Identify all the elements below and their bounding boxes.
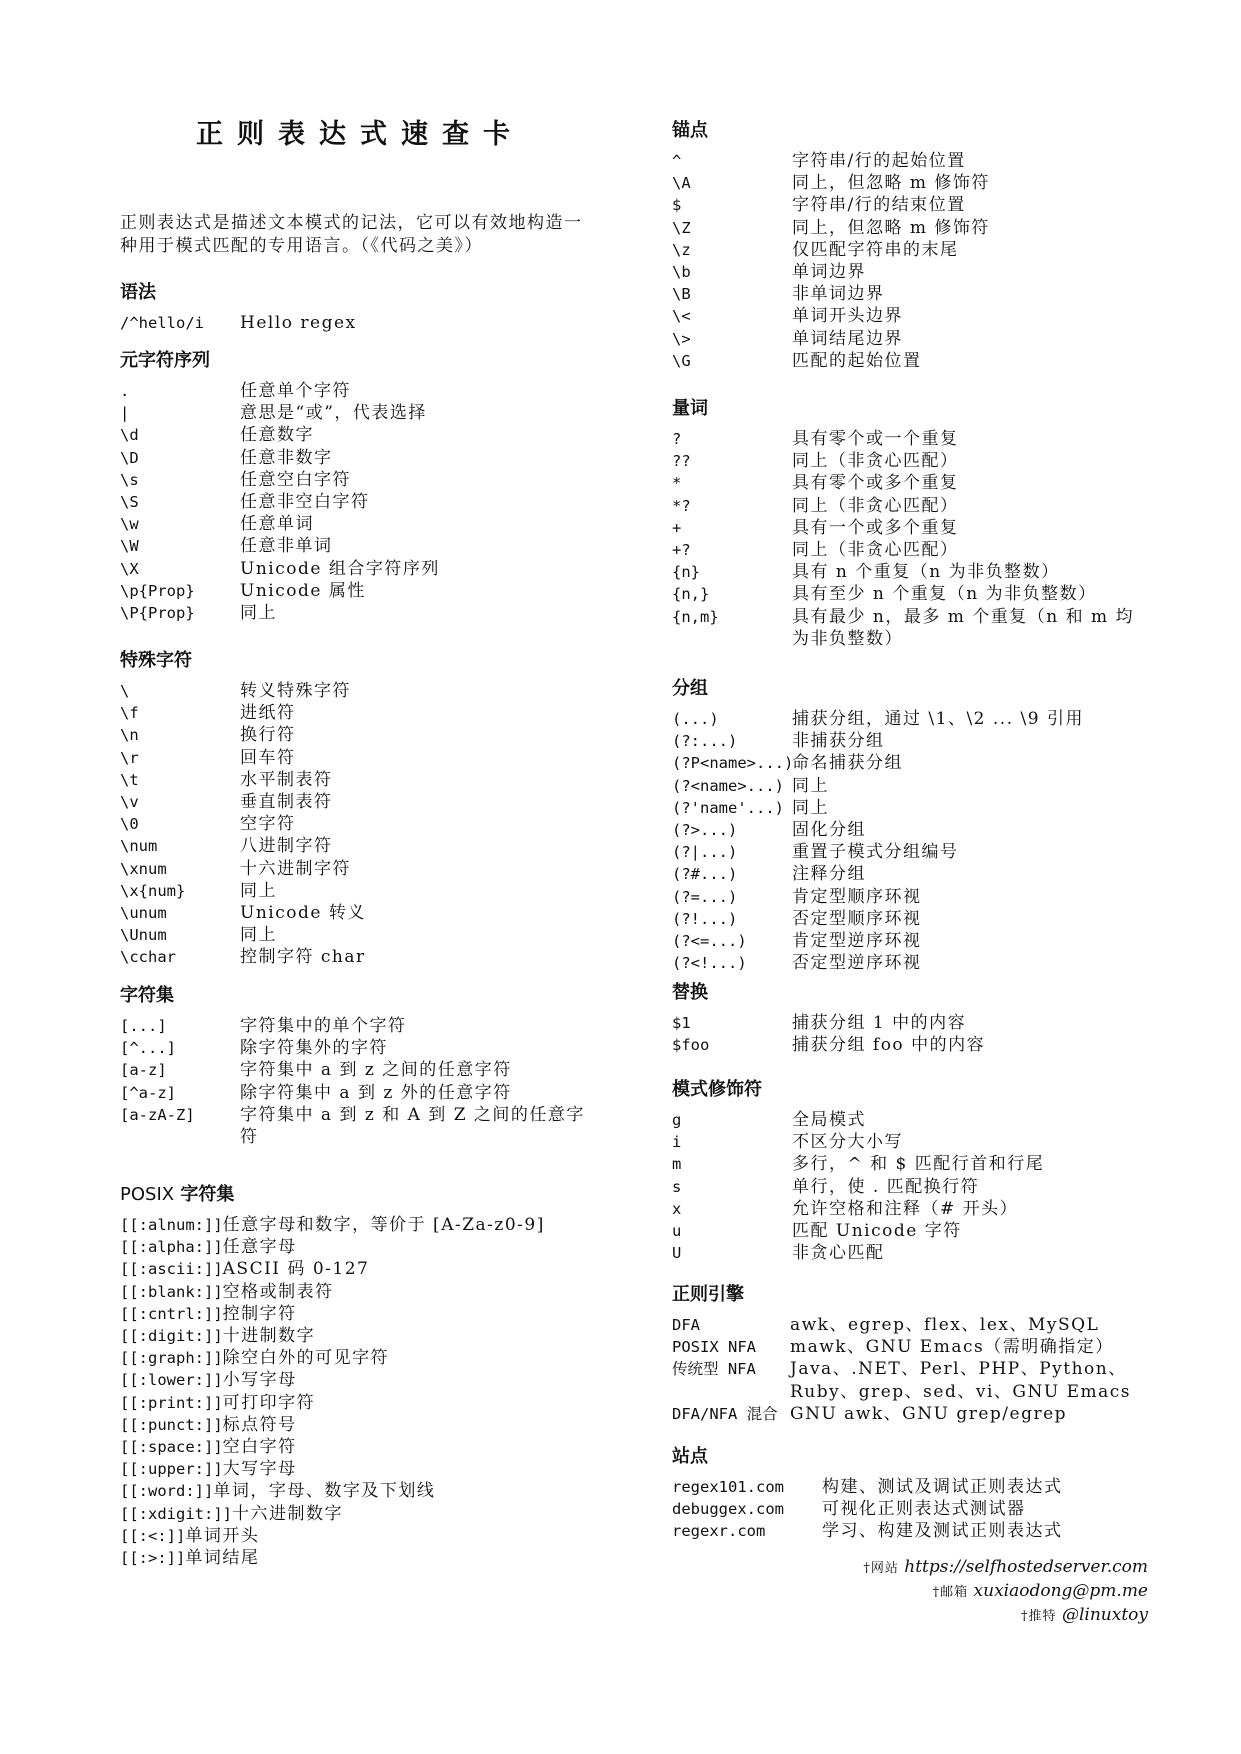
description: 不区分大小写 bbox=[792, 1131, 1152, 1153]
pattern: ? bbox=[672, 428, 792, 450]
description: 除字符集外的字符 bbox=[240, 1037, 590, 1059]
entry-row: (?|...)重置子模式分组编号 bbox=[672, 841, 1152, 863]
entry-row: [[:digit:]]十进制数字 bbox=[120, 1325, 610, 1347]
entry-row: [a-zA-Z]字符集中 a 到 z 和 A 到 Z 之间的任意字符 bbox=[120, 1104, 590, 1148]
pattern: +? bbox=[672, 539, 792, 561]
section-heading: 语法 bbox=[120, 280, 590, 306]
description: 具有零个或一个重复 bbox=[792, 428, 1152, 450]
pattern: [[:xdigit:]] bbox=[120, 1503, 232, 1525]
pattern: [...] bbox=[120, 1015, 240, 1037]
entry-row: {n,}具有至少 n 个重复（n 为非负整数） bbox=[672, 583, 1152, 605]
entry-row: \z仅匹配字符串的末尾 bbox=[672, 239, 1152, 261]
description: 同上，但忽略 m 修饰符 bbox=[792, 217, 1152, 239]
pattern: [[:ascii:]] bbox=[120, 1258, 223, 1280]
pattern: [a-zA-Z] bbox=[120, 1104, 240, 1148]
description: Hello regex bbox=[240, 312, 590, 334]
description: 同上 bbox=[792, 775, 1152, 797]
section-posix: POSIX 字符集[[:alnum:]]任意字母和数字，等价于 [A-Za-z0… bbox=[120, 1182, 610, 1569]
entry-row: (?=...)肯定型顺序环视 bbox=[672, 886, 1152, 908]
entry-row: \Z同上，但忽略 m 修饰符 bbox=[672, 217, 1152, 239]
entry-row: s单行，使 . 匹配换行符 bbox=[672, 1176, 1152, 1198]
entry-row: DFAawk、egrep、flex、lex、MySQL bbox=[672, 1314, 1162, 1336]
entry-row: \>单词结尾边界 bbox=[672, 328, 1152, 350]
description: 非单词边界 bbox=[792, 283, 1152, 305]
pattern: $foo bbox=[672, 1034, 792, 1056]
description: 除空白外的可见字符 bbox=[223, 1347, 610, 1369]
pattern: | bbox=[120, 402, 240, 424]
entry-row: [[:space:]]空白字符 bbox=[120, 1436, 610, 1458]
description: 单词结尾边界 bbox=[792, 328, 1152, 350]
section-anchors: 锚点^字符串/行的起始位置\A同上，但忽略 m 修饰符$字符串/行的结束位置\Z… bbox=[672, 118, 1152, 372]
pattern: \unum bbox=[120, 902, 240, 924]
description: 肯定型逆序环视 bbox=[792, 930, 1152, 952]
description: 字符串/行的结束位置 bbox=[792, 194, 1152, 216]
pattern: {n,} bbox=[672, 583, 792, 605]
section-heading: 模式修饰符 bbox=[672, 1077, 1152, 1103]
pattern: \w bbox=[120, 513, 240, 535]
entry-row: |意思是“或”，代表选择 bbox=[120, 402, 590, 424]
description: 注释分组 bbox=[792, 863, 1152, 885]
pattern: \s bbox=[120, 469, 240, 491]
entry-row: \unumUnicode 转义 bbox=[120, 902, 590, 924]
entry-row: (?#...)注释分组 bbox=[672, 863, 1152, 885]
pattern: [[:>:]] bbox=[120, 1547, 185, 1569]
pattern: \ bbox=[120, 680, 240, 702]
entry-row: \d任意数字 bbox=[120, 424, 590, 446]
entry-row: (?>...)固化分组 bbox=[672, 819, 1152, 841]
entry-row: \G匹配的起始位置 bbox=[672, 350, 1152, 372]
entry-row: ??同上（非贪心匹配） bbox=[672, 450, 1152, 472]
description: 可打印字符 bbox=[223, 1392, 610, 1414]
description: 仅匹配字符串的末尾 bbox=[792, 239, 1152, 261]
pattern: \t bbox=[120, 769, 240, 791]
entry-row: \t水平制表符 bbox=[120, 769, 590, 791]
entry-row: [[:lower:]]小写字母 bbox=[120, 1369, 610, 1391]
pattern: + bbox=[672, 517, 792, 539]
pattern: $ bbox=[672, 194, 792, 216]
email-link[interactable]: xuxiaodong@pm.me bbox=[974, 1581, 1148, 1601]
section-modifiers: 模式修饰符g全局模式i不区分大小写m多行，^ 和 $ 匹配行首和行尾s单行，使 … bbox=[672, 1077, 1152, 1264]
description: 命名捕获分组 bbox=[792, 752, 1152, 774]
entry-row: \<单词开头边界 bbox=[672, 305, 1152, 327]
section-heading: 量词 bbox=[672, 396, 1152, 422]
pattern: \Z bbox=[672, 217, 792, 239]
section-replace: 替换$1捕获分组 1 中的内容$foo捕获分组 foo 中的内容 bbox=[672, 980, 1152, 1056]
description: 字符集中的单个字符 bbox=[240, 1015, 590, 1037]
entry-row: m多行，^ 和 $ 匹配行首和行尾 bbox=[672, 1153, 1152, 1175]
description: 学习、构建及测试正则表达式 bbox=[822, 1520, 1162, 1542]
description: 水平制表符 bbox=[240, 769, 590, 791]
pattern: \P{Prop} bbox=[120, 602, 240, 624]
entry-row: \num八进制字符 bbox=[120, 835, 590, 857]
entry-row: +?同上（非贪心匹配） bbox=[672, 539, 1152, 561]
pattern: ?? bbox=[672, 450, 792, 472]
pattern: [[:cntrl:]] bbox=[120, 1303, 223, 1325]
pattern: \b bbox=[672, 261, 792, 283]
description: 进纸符 bbox=[240, 702, 590, 724]
section-heading: 正则引擎 bbox=[672, 1282, 1162, 1308]
pattern: DFA bbox=[672, 1314, 790, 1336]
description: awk、egrep、flex、lex、MySQL bbox=[790, 1314, 1162, 1336]
pattern: ^ bbox=[672, 150, 792, 172]
entry-row: \b单词边界 bbox=[672, 261, 1152, 283]
pattern: \0 bbox=[120, 813, 240, 835]
pattern: \p{Prop} bbox=[120, 580, 240, 602]
entry-row: [[:blank:]]空格或制表符 bbox=[120, 1281, 610, 1303]
pattern: [[:word:]] bbox=[120, 1480, 213, 1502]
description: 非捕获分组 bbox=[792, 730, 1152, 752]
entry-row: [a-z]字符集中 a 到 z 之间的任意字符 bbox=[120, 1059, 590, 1081]
entry-row: [[:graph:]]除空白外的可见字符 bbox=[120, 1347, 610, 1369]
pattern: [[:lower:]] bbox=[120, 1369, 223, 1391]
twitter-handle[interactable]: @linuxtoy bbox=[1062, 1605, 1148, 1625]
pattern: (?#...) bbox=[672, 863, 792, 885]
section-metachar: 元字符序列.任意单个字符|意思是“或”，代表选择\d任意数字\D任意非数字\s任… bbox=[120, 348, 590, 624]
pattern: \x{num} bbox=[120, 880, 240, 902]
description: 固化分组 bbox=[792, 819, 1152, 841]
entry-row: (?P<name>...) 命名捕获分组 bbox=[672, 752, 1152, 774]
entry-row: \0空字符 bbox=[120, 813, 590, 835]
pattern: \W bbox=[120, 535, 240, 557]
pattern: \num bbox=[120, 835, 240, 857]
entry-row: [[:punct:]]标点符号 bbox=[120, 1414, 610, 1436]
section-heading: 替换 bbox=[672, 980, 1152, 1006]
entry-row: /^hello/iHello regex bbox=[120, 312, 590, 334]
page-title: 正则表达式速查卡 bbox=[196, 112, 524, 151]
description: 任意字母 bbox=[223, 1236, 610, 1258]
description: 构建、测试及调试正则表达式 bbox=[822, 1476, 1162, 1498]
description: 大写字母 bbox=[223, 1458, 610, 1480]
description: Unicode 组合字符序列 bbox=[240, 558, 590, 580]
entry-row: \f进纸符 bbox=[120, 702, 590, 724]
entry-row: \v垂直制表符 bbox=[120, 791, 590, 813]
description: 十六进制数字 bbox=[232, 1503, 610, 1525]
description: 单行，使 . 匹配换行符 bbox=[792, 1176, 1152, 1198]
entry-row: $字符串/行的结束位置 bbox=[672, 194, 1152, 216]
pattern: (?<=...) bbox=[672, 930, 792, 952]
website-link[interactable]: https://selfhostedserver.com bbox=[904, 1557, 1148, 1577]
description: 任意字母和数字，等价于 [A-Za-z0-9] bbox=[223, 1214, 610, 1236]
description: 转义特殊字符 bbox=[240, 680, 590, 702]
pattern: [[:space:]] bbox=[120, 1436, 223, 1458]
pattern: [[:digit:]] bbox=[120, 1325, 223, 1347]
description: 同上（非贪心匹配） bbox=[792, 539, 1152, 561]
description: 任意非空白字符 bbox=[240, 491, 590, 513]
entry-row: \B非单词边界 bbox=[672, 283, 1152, 305]
description: ASCII 码 0-127 bbox=[223, 1258, 610, 1280]
pattern: [[:upper:]] bbox=[120, 1458, 223, 1480]
entry-row: [^a-z]除字符集中 a 到 z 外的任意字符 bbox=[120, 1082, 590, 1104]
entry-row: POSIX NFAmawk、GNU Emacs（需明确指定） bbox=[672, 1336, 1162, 1358]
pattern: [[:print:]] bbox=[120, 1392, 223, 1414]
entry-row: 传统型 NFA Java、.NET、Perl、PHP、Python、Ruby、g… bbox=[672, 1358, 1162, 1402]
pattern: *? bbox=[672, 495, 792, 517]
description: 空格或制表符 bbox=[223, 1281, 610, 1303]
description: 回车符 bbox=[240, 747, 590, 769]
pattern: [[:blank:]] bbox=[120, 1281, 223, 1303]
entry-row: {n,m}具有最少 n，最多 m 个重复（n 和 m 均为非负整数） bbox=[672, 606, 1152, 650]
description: 垂直制表符 bbox=[240, 791, 590, 813]
description: 可视化正则表达式测试器 bbox=[822, 1498, 1162, 1520]
section-groups: 分组(...)捕获分组，通过 \1、\2 ... \9 引用(?:...)非捕获… bbox=[672, 676, 1152, 974]
entry-row: (?<name>...) 同上 bbox=[672, 775, 1152, 797]
description: 同上 bbox=[792, 797, 1152, 819]
description: Unicode 转义 bbox=[240, 902, 590, 924]
description: 单词开头边界 bbox=[792, 305, 1152, 327]
entry-row: \转义特殊字符 bbox=[120, 680, 590, 702]
description: 除字符集中 a 到 z 外的任意字符 bbox=[240, 1082, 590, 1104]
description: 捕获分组 foo 中的内容 bbox=[792, 1034, 1152, 1056]
pattern: [[:alnum:]] bbox=[120, 1214, 223, 1236]
pattern: \d bbox=[120, 424, 240, 446]
pattern: (?>...) bbox=[672, 819, 792, 841]
description: 具有最少 n，最多 m 个重复（n 和 m 均为非负整数） bbox=[792, 606, 1152, 650]
section-heading: 分组 bbox=[672, 676, 1152, 702]
section-heading: 站点 bbox=[672, 1444, 1162, 1470]
description: 八进制字符 bbox=[240, 835, 590, 857]
entry-row: \W任意非单词 bbox=[120, 535, 590, 557]
entry-row: debuggex.com可视化正则表达式测试器 bbox=[672, 1498, 1162, 1520]
pattern: {n,m} bbox=[672, 606, 792, 650]
description: 标点符号 bbox=[223, 1414, 610, 1436]
pattern: (?P<name>...) bbox=[672, 752, 792, 774]
entry-row: \P{Prop}同上 bbox=[120, 602, 590, 624]
entry-row: \n换行符 bbox=[120, 724, 590, 746]
pattern: (?'name'...) bbox=[672, 797, 792, 819]
pattern: s bbox=[672, 1176, 792, 1198]
entry-row: (?'name'...) 同上 bbox=[672, 797, 1152, 819]
pattern: {n} bbox=[672, 561, 792, 583]
pattern: [[:punct:]] bbox=[120, 1414, 223, 1436]
description: 任意空白字符 bbox=[240, 469, 590, 491]
section-special-chars: 特殊字符\转义特殊字符\f进纸符\n换行符\r回车符\t水平制表符\v垂直制表符… bbox=[120, 648, 590, 969]
section-heading: 特殊字符 bbox=[120, 648, 590, 674]
footer-email: †邮箱 xuxiaodong@pm.me bbox=[863, 1580, 1148, 1604]
entry-row: U非贪心匹配 bbox=[672, 1242, 1152, 1264]
description: 同上（非贪心匹配） bbox=[792, 450, 1152, 472]
pattern: (?<!...) bbox=[672, 952, 792, 974]
pattern: 传统型 NFA bbox=[672, 1358, 790, 1402]
description: GNU awk、GNU grep/egrep bbox=[790, 1403, 1162, 1425]
description: 同上，但忽略 m 修饰符 bbox=[792, 172, 1152, 194]
description: 单词开头 bbox=[185, 1525, 610, 1547]
entry-row: [[:print:]]可打印字符 bbox=[120, 1392, 610, 1414]
pattern: [[:<:]] bbox=[120, 1525, 185, 1547]
description: 多行，^ 和 $ 匹配行首和行尾 bbox=[792, 1153, 1152, 1175]
description: 控制字符 char bbox=[240, 946, 590, 968]
entry-row: [[:<:]]单词开头 bbox=[120, 1525, 610, 1547]
pattern: (?<name>...) bbox=[672, 775, 792, 797]
section-quantifiers: 量词?具有零个或一个重复??同上（非贪心匹配）*具有零个或多个重复*?同上（非贪… bbox=[672, 396, 1152, 650]
entry-row: (...)捕获分组，通过 \1、\2 ... \9 引用 bbox=[672, 708, 1152, 730]
pattern: /^hello/i bbox=[120, 312, 240, 334]
entry-row: \x{num}同上 bbox=[120, 880, 590, 902]
entry-row: ^字符串/行的起始位置 bbox=[672, 150, 1152, 172]
description: 小写字母 bbox=[223, 1369, 610, 1391]
entry-row: \S任意非空白字符 bbox=[120, 491, 590, 513]
pattern: (?|...) bbox=[672, 841, 792, 863]
description: Unicode 属性 bbox=[240, 580, 590, 602]
entry-row: regex101.com构建、测试及调试正则表达式 bbox=[672, 1476, 1162, 1498]
description: 任意单词 bbox=[240, 513, 590, 535]
description: 捕获分组，通过 \1、\2 ... \9 引用 bbox=[792, 708, 1152, 730]
pattern: (...) bbox=[672, 708, 792, 730]
description: 单词结尾 bbox=[185, 1547, 610, 1569]
description: 字符集中 a 到 z 和 A 到 Z 之间的任意字符 bbox=[240, 1104, 590, 1148]
description: 字符串/行的起始位置 bbox=[792, 150, 1152, 172]
pattern: regexr.com bbox=[672, 1520, 822, 1542]
entry-row: [[:word:]] 单词，字母、数字及下划线 bbox=[120, 1480, 610, 1502]
description: 具有 n 个重复（n 为非负整数） bbox=[792, 561, 1152, 583]
entry-row: \D任意非数字 bbox=[120, 447, 590, 469]
pattern: [^...] bbox=[120, 1037, 240, 1059]
description: 意思是“或”，代表选择 bbox=[240, 402, 590, 424]
description: 单词，字母、数字及下划线 bbox=[213, 1480, 610, 1502]
pattern: $1 bbox=[672, 1012, 792, 1034]
description: 全局模式 bbox=[792, 1109, 1152, 1131]
pattern: * bbox=[672, 472, 792, 494]
entry-row: [...]字符集中的单个字符 bbox=[120, 1015, 590, 1037]
pattern: (?!...) bbox=[672, 908, 792, 930]
description: 允许空格和注释（# 开头） bbox=[792, 1198, 1152, 1220]
pattern: \X bbox=[120, 558, 240, 580]
entry-row: [[:>:]]单词结尾 bbox=[120, 1547, 610, 1569]
description: 肯定型顺序环视 bbox=[792, 886, 1152, 908]
description: 否定型顺序环视 bbox=[792, 908, 1152, 930]
entry-row: .任意单个字符 bbox=[120, 380, 590, 402]
pattern: \r bbox=[120, 747, 240, 769]
pattern: \S bbox=[120, 491, 240, 513]
section-sites: 站点regex101.com构建、测试及调试正则表达式debuggex.com可… bbox=[672, 1444, 1162, 1543]
entry-row: \cchar控制字符 char bbox=[120, 946, 590, 968]
pattern: POSIX NFA bbox=[672, 1336, 790, 1358]
pattern: [[:graph:]] bbox=[120, 1347, 223, 1369]
section-heading: POSIX 字符集 bbox=[120, 1182, 610, 1208]
description: 任意非数字 bbox=[240, 447, 590, 469]
entry-row: [[:cntrl:]]控制字符 bbox=[120, 1303, 610, 1325]
entry-row: \w任意单词 bbox=[120, 513, 590, 535]
section-heading: 锚点 bbox=[672, 118, 1152, 144]
pattern: . bbox=[120, 380, 240, 402]
entry-row: [[:alpha:]]任意字母 bbox=[120, 1236, 610, 1258]
section-heading: 字符集 bbox=[120, 983, 590, 1009]
entry-row: (?:...)非捕获分组 bbox=[672, 730, 1152, 752]
entry-row: +具有一个或多个重复 bbox=[672, 517, 1152, 539]
footer: †网站 https://selfhostedserver.com †邮箱 xux… bbox=[863, 1556, 1148, 1628]
intro-paragraph: 正则表达式是描述文本模式的记法，它可以有效地构造一种用于模式匹配的专用语言。（《… bbox=[120, 212, 600, 258]
description: 十六进制字符 bbox=[240, 858, 590, 880]
pattern: [[:alpha:]] bbox=[120, 1236, 223, 1258]
description: 十进制数字 bbox=[223, 1325, 610, 1347]
description: 单词边界 bbox=[792, 261, 1152, 283]
footer-twitter: †推特 @linuxtoy bbox=[863, 1604, 1148, 1628]
entry-row: \r回车符 bbox=[120, 747, 590, 769]
entry-row: *具有零个或多个重复 bbox=[672, 472, 1152, 494]
description: 具有一个或多个重复 bbox=[792, 517, 1152, 539]
entry-row: \XUnicode 组合字符序列 bbox=[120, 558, 590, 580]
pattern: [a-z] bbox=[120, 1059, 240, 1081]
pattern: \A bbox=[672, 172, 792, 194]
pattern: \n bbox=[120, 724, 240, 746]
description: 非贪心匹配 bbox=[792, 1242, 1152, 1264]
pattern: g bbox=[672, 1109, 792, 1131]
pattern: \v bbox=[120, 791, 240, 813]
description: 空字符 bbox=[240, 813, 590, 835]
pattern: m bbox=[672, 1153, 792, 1175]
description: 同上（非贪心匹配） bbox=[792, 495, 1152, 517]
pattern: U bbox=[672, 1242, 792, 1264]
pattern: i bbox=[672, 1131, 792, 1153]
section-charset: 字符集[...]字符集中的单个字符[^...]除字符集外的字符[a-z]字符集中… bbox=[120, 983, 590, 1148]
pattern: [^a-z] bbox=[120, 1082, 240, 1104]
pattern: u bbox=[672, 1220, 792, 1242]
pattern: debuggex.com bbox=[672, 1498, 822, 1520]
section-engines: 正则引擎DFAawk、egrep、flex、lex、MySQLPOSIX NFA… bbox=[672, 1282, 1162, 1425]
description: 具有至少 n 个重复（n 为非负整数） bbox=[792, 583, 1152, 605]
pattern: DFA/NFA 混合 bbox=[672, 1403, 790, 1425]
description: 同上 bbox=[240, 924, 590, 946]
entry-row: u匹配 Unicode 字符 bbox=[672, 1220, 1152, 1242]
entry-row: \A同上，但忽略 m 修饰符 bbox=[672, 172, 1152, 194]
pattern: x bbox=[672, 1198, 792, 1220]
entry-row: (?!...)否定型顺序环视 bbox=[672, 908, 1152, 930]
pattern: regex101.com bbox=[672, 1476, 822, 1498]
description: 具有零个或多个重复 bbox=[792, 472, 1152, 494]
description: 重置子模式分组编号 bbox=[792, 841, 1152, 863]
entry-row: \s任意空白字符 bbox=[120, 469, 590, 491]
entry-row: [^...]除字符集外的字符 bbox=[120, 1037, 590, 1059]
entry-row: [[:upper:]]大写字母 bbox=[120, 1458, 610, 1480]
description: 任意单个字符 bbox=[240, 380, 590, 402]
entry-row: \xnum十六进制字符 bbox=[120, 858, 590, 880]
description: 任意数字 bbox=[240, 424, 590, 446]
entry-row: [[:alnum:]]任意字母和数字，等价于 [A-Za-z0-9] bbox=[120, 1214, 610, 1236]
description: 匹配的起始位置 bbox=[792, 350, 1152, 372]
entry-row: {n}具有 n 个重复（n 为非负整数） bbox=[672, 561, 1152, 583]
entry-row: x允许空格和注释（# 开头） bbox=[672, 1198, 1152, 1220]
section-syntax: 语法/^hello/iHello regex bbox=[120, 280, 590, 334]
description: 换行符 bbox=[240, 724, 590, 746]
entry-row: DFA/NFA 混合 GNU awk、GNU grep/egrep bbox=[672, 1403, 1162, 1425]
pattern: \xnum bbox=[120, 858, 240, 880]
pattern: \z bbox=[672, 239, 792, 261]
description: Java、.NET、Perl、PHP、Python、Ruby、grep、sed、… bbox=[790, 1358, 1162, 1402]
pattern: \< bbox=[672, 305, 792, 327]
description: 空白字符 bbox=[223, 1436, 610, 1458]
pattern: \f bbox=[120, 702, 240, 724]
entry-row: [[:xdigit:]] 十六进制数字 bbox=[120, 1503, 610, 1525]
description: mawk、GNU Emacs（需明确指定） bbox=[790, 1336, 1162, 1358]
pattern: \D bbox=[120, 447, 240, 469]
description: 捕获分组 1 中的内容 bbox=[792, 1012, 1152, 1034]
description: 字符集中 a 到 z 之间的任意字符 bbox=[240, 1059, 590, 1081]
pattern: (?:...) bbox=[672, 730, 792, 752]
pattern: \G bbox=[672, 350, 792, 372]
entry-row: (?<!...)否定型逆序环视 bbox=[672, 952, 1152, 974]
entry-row: i不区分大小写 bbox=[672, 1131, 1152, 1153]
footer-website: †网站 https://selfhostedserver.com bbox=[863, 1556, 1148, 1580]
description: 控制字符 bbox=[223, 1303, 610, 1325]
entry-row: (?<=...)肯定型逆序环视 bbox=[672, 930, 1152, 952]
entry-row: $1捕获分组 1 中的内容 bbox=[672, 1012, 1152, 1034]
description: 匹配 Unicode 字符 bbox=[792, 1220, 1152, 1242]
pattern: \Unum bbox=[120, 924, 240, 946]
section-heading: 元字符序列 bbox=[120, 348, 590, 374]
entry-row: $foo捕获分组 foo 中的内容 bbox=[672, 1034, 1152, 1056]
entry-row: regexr.com学习、构建及测试正则表达式 bbox=[672, 1520, 1162, 1542]
description: 任意非单词 bbox=[240, 535, 590, 557]
entry-row: g全局模式 bbox=[672, 1109, 1152, 1131]
